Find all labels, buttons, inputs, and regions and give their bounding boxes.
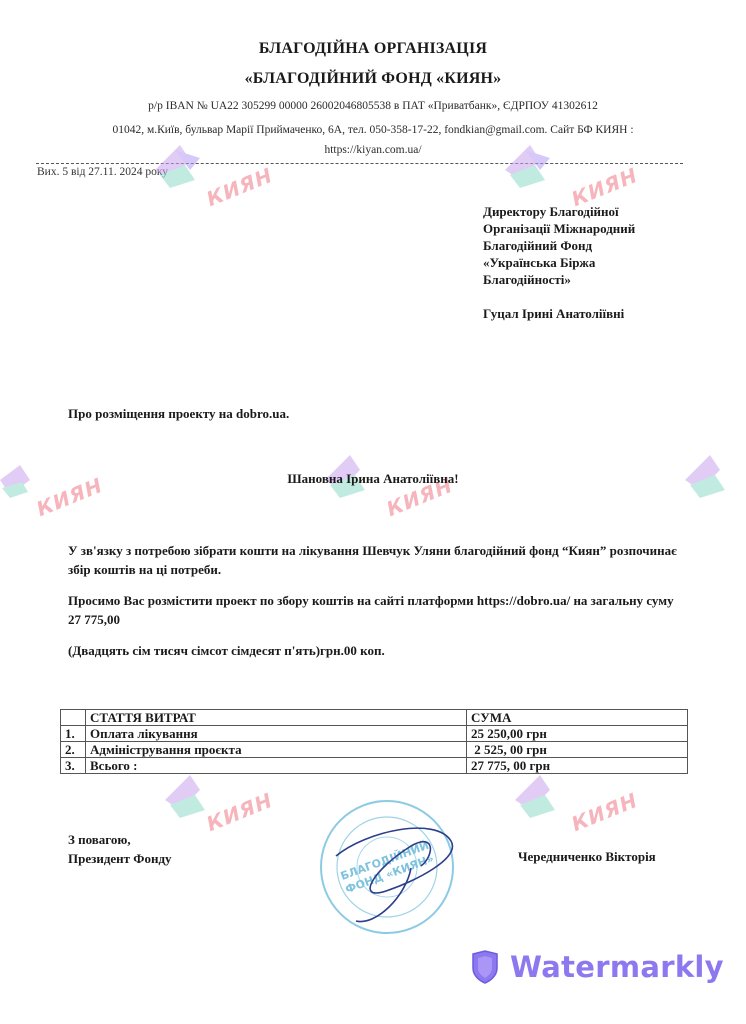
addressee-block: Директору Благодійної Організації Міжнар…: [483, 203, 635, 322]
header-divider: [36, 163, 683, 164]
watermarkly-brand: Watermarkly: [510, 950, 724, 984]
table-header-item: СТАТТЯ ВИТРАТ: [86, 710, 467, 726]
addressee-line: «Українська Біржа: [483, 254, 635, 271]
address-line: 01042, м.Київ, бульвар Марії Приймаченко…: [0, 124, 746, 136]
addressee-line: Благодійності»: [483, 271, 635, 288]
kiyan-logo-icon: [150, 140, 210, 190]
row-num: 3.: [61, 758, 86, 774]
table-header-row: СТАТТЯ ВИТРАТ СУМА: [61, 710, 688, 726]
kiyan-watermark-logo: [510, 770, 570, 825]
signature-block: З повагою, Президент Фонду: [68, 830, 172, 868]
cost-table: СТАТТЯ ВИТРАТ СУМА 1. Оплата лікування 2…: [60, 709, 688, 774]
row-item: Всього :: [86, 758, 467, 774]
bank-details: р/р IBAN № UA22 305299 00000 26002046805…: [0, 100, 746, 112]
org-title-line2: «БЛАГОДІЙНИЙ ФОНД «КИЯН»: [0, 70, 746, 88]
outgoing-number: Вих. 5 від 27.11. 2024 року: [37, 166, 168, 178]
row-num: 1.: [61, 726, 86, 742]
table-header-num: [61, 710, 86, 726]
table-row-total: 3. Всього : 27 775, 00 грн: [61, 758, 688, 774]
kiyan-watermark-text: КИЯН: [203, 163, 276, 211]
addressee-name: Гуцал Ірині Анатоліївні: [483, 305, 635, 322]
row-num: 2.: [61, 742, 86, 758]
addressee-line: Організації Міжнародний: [483, 220, 635, 237]
website-link[interactable]: https://kiyan.com.ua/: [0, 144, 746, 156]
table-row: 2. Адміністрування проєкта 2 525, 00 грн: [61, 742, 688, 758]
kiyan-watermark-text: КИЯН: [568, 788, 641, 836]
salutation: Шановна Ірина Анатоліївна!: [0, 471, 746, 487]
kiyan-logo-icon: [500, 140, 560, 190]
row-amount: 2 525, 00 грн: [467, 742, 688, 758]
body-paragraph-2: Просимо Вас розмістити проект по збору к…: [68, 591, 688, 629]
table-row: 1. Оплата лікування 25 250,00 грн: [61, 726, 688, 742]
watermarkly-overlay: Watermarkly: [470, 950, 724, 984]
letter-subject: Про розміщення проекту на dobro.ua.: [68, 406, 289, 422]
row-item: Оплата лікування: [86, 726, 467, 742]
row-amount: 25 250,00 грн: [467, 726, 688, 742]
kiyan-watermark-logo: [500, 140, 560, 195]
org-title-line1: БЛАГОДІЙНА ОРГАНІЗАЦІЯ: [0, 40, 746, 58]
addressee-line: Благодійний Фонд: [483, 237, 635, 254]
signer-name: Чередниченко Вікторія: [518, 849, 656, 865]
kiyan-watermark-logo: [150, 140, 210, 195]
body-paragraph-3: (Двадцять сім тисяч сімсот сімдесят п'ят…: [68, 641, 688, 660]
shield-icon: [470, 950, 500, 984]
table-header-amount: СУМА: [467, 710, 688, 726]
row-item: Адміністрування проєкта: [86, 742, 467, 758]
kiyan-logo-icon: [510, 770, 570, 820]
addressee-line: Директору Благодійної: [483, 203, 635, 220]
row-amount: 27 775, 00 грн: [467, 758, 688, 774]
stamp-seal-icon: БЛАГОДІЙНИЙ ФОНД «КИЯН»: [316, 796, 458, 938]
official-stamp: БЛАГОДІЙНИЙ ФОНД «КИЯН»: [316, 796, 458, 938]
signer-position: Президент Фонду: [68, 849, 172, 868]
closing-text: З повагою,: [68, 830, 172, 849]
body-paragraph-1: У зв'язку з потребою зібрати кошти на лі…: [68, 541, 688, 579]
